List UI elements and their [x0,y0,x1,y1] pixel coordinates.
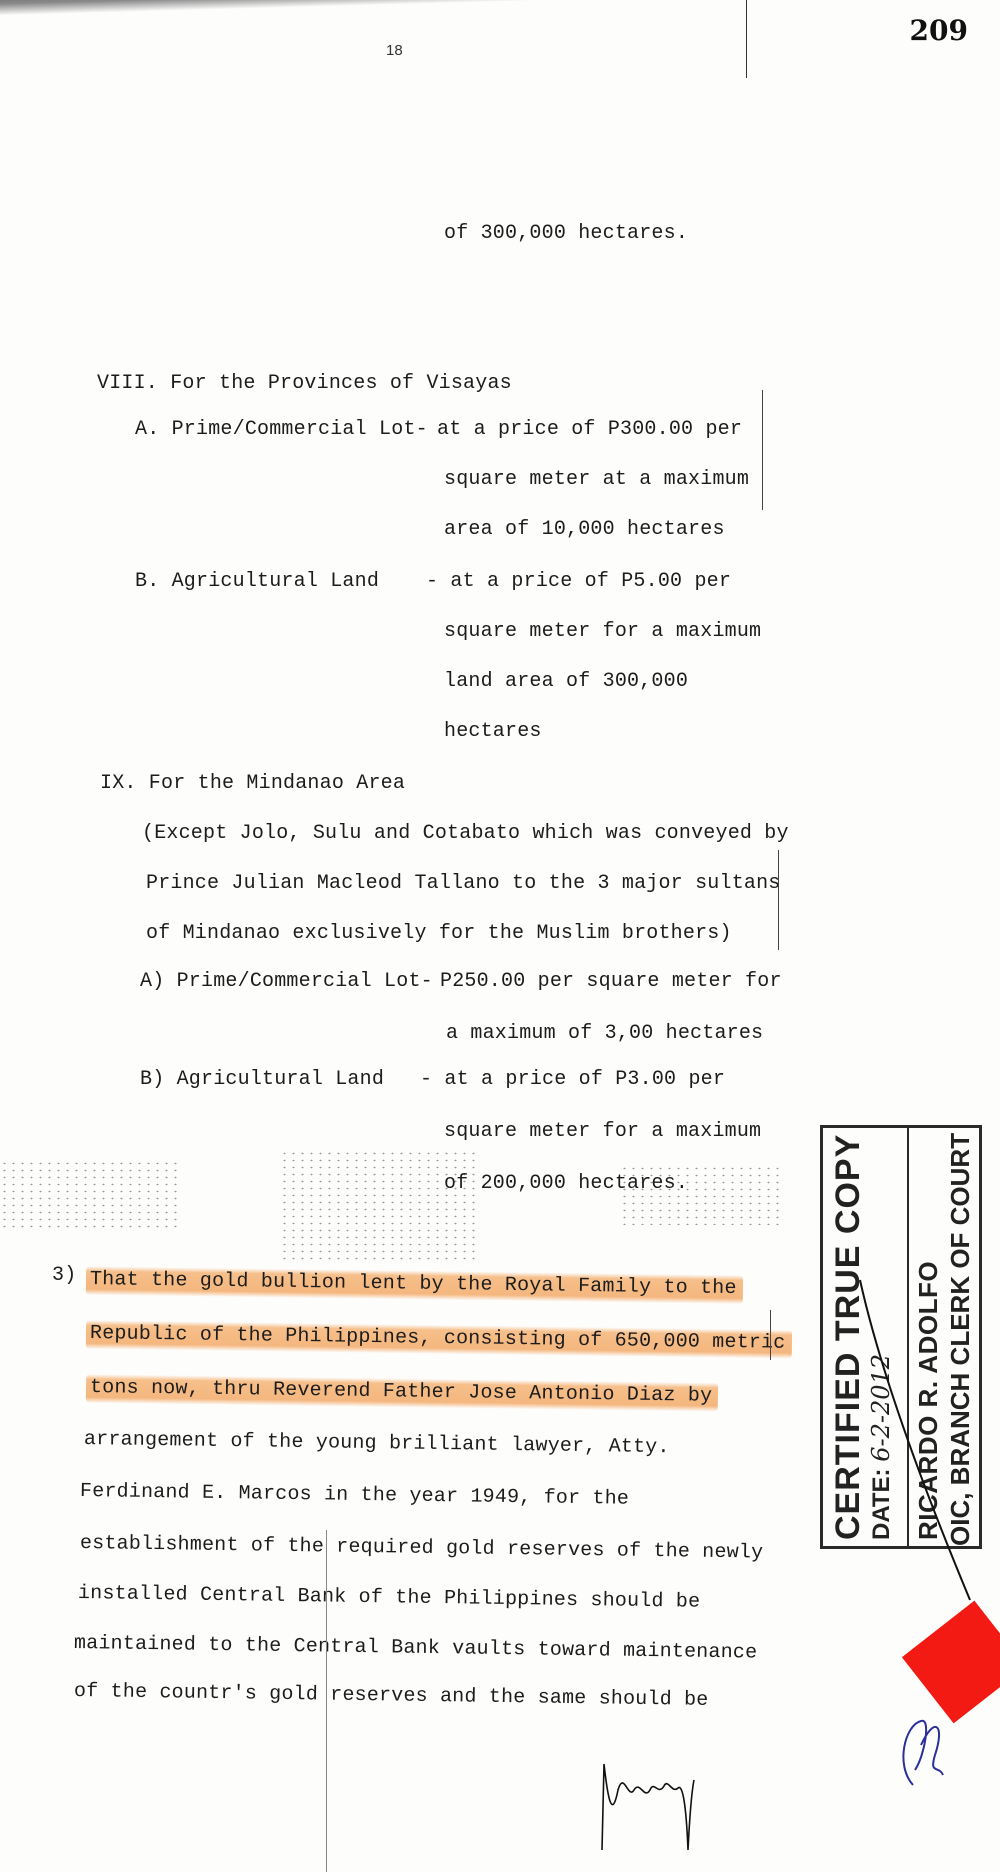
highlight-span: Republic of the Philippines, consisting … [86,1320,792,1359]
copy-noise [0,1160,180,1230]
continuation-text: of 300,000 hectares. [444,222,688,245]
paragraph-line: maintained to the Central Bank vaults to… [74,1632,758,1665]
highlighted-line: That the gold bullion lent by the Royal … [86,1268,743,1300]
paragraph-line: arrangement of the young brilliant lawye… [84,1428,670,1459]
paragraph-line: of the countr's gold reserves and the sa… [74,1680,709,1712]
red-seal [902,1601,1000,1724]
section-viii-heading: VIII. For the Provinces of Visayas [97,372,512,395]
paragraph-number: 3) [52,1264,76,1287]
section-ix-b-label: B) Agricultural Land [140,1068,384,1091]
section-ix-b-line: - at a price of P3.00 per [420,1068,725,1091]
highlight-span: That the gold bullion lent by the Royal … [86,1266,743,1304]
section-viii-b-line: land area of 300,000 [444,670,688,693]
highlighted-line: Republic of the Philippines, consisting … [86,1322,792,1355]
section-viii-b-line: square meter for a maximum [444,620,761,643]
copy-noise [280,1150,480,1260]
highlight-span: tons now, thru Reverend Father Jose Anto… [86,1374,719,1412]
section-viii-b-label: B. Agricultural Land [135,570,379,593]
section-ix-b-line: of 200,000 hectares. [444,1172,688,1195]
section-ix-heading: IX. For the Mindanao Area [100,772,405,795]
scan-edge-shadow [0,0,981,16]
section-viii-a-label: A. Prime/Commercial Lot- [135,418,428,441]
section-ix-note-line: Prince Julian Macleod Tallano to the 3 m… [146,872,781,895]
section-ix-note-line: (Except Jolo, Sulu and Cotabato which wa… [142,822,789,845]
section-ix-note-line: of Mindanao exclusively for the Muslim b… [146,922,732,945]
paragraph-line: establishment of the required gold reser… [80,1532,764,1565]
initials-signature-icon [895,1715,955,1795]
section-ix-a-label: A) Prime/Commercial Lot- [140,970,433,993]
fold-mark [746,0,747,78]
section-viii-b-line: hectares [444,720,542,743]
section-ix-a-line: a maximum of 3,00 hectares [446,1022,763,1045]
margin-mark [762,390,763,510]
sub-page-number: 18 [386,42,403,59]
signature-stroke [850,1280,1000,1610]
fold-crease [326,1530,327,1872]
highlighted-line: tons now, thru Reverend Father Jose Anto… [86,1376,719,1408]
section-viii-a-line: area of 10,000 hectares [444,518,725,541]
section-viii-b-line: - at a price of P5.00 per [426,570,731,593]
paragraph-line: Ferdinand E. Marcos in the year 1949, fo… [80,1480,629,1511]
section-viii-a-line: at a price of P300.00 per [437,418,742,441]
paragraph-line: installed Central Bank of the Philippine… [78,1582,701,1614]
page-number: 209 [910,14,968,47]
section-ix-a-line: P250.00 per square meter for [440,970,782,993]
margin-mark [770,1310,771,1360]
section-ix-b-line: square meter for a maximum [444,1120,761,1143]
section-viii-a-line: square meter at a maximum [444,468,749,491]
signature-icon [598,1760,718,1860]
margin-mark [778,850,779,950]
